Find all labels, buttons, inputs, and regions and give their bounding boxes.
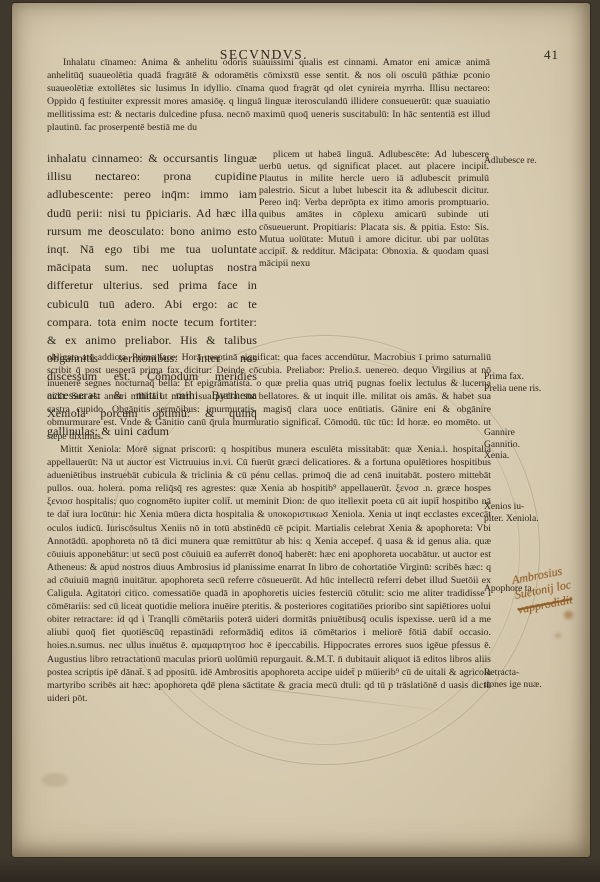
margin-note-adlubescere: Adlubesce re. xyxy=(484,155,542,167)
intro-paragraph: Inhalatu cīnameo: Anima & anhelitu odori… xyxy=(47,57,490,134)
folio-number: 41 xyxy=(544,47,559,63)
commentary-full-width-1: obligata atq̄ addicta. Prima face: Horā … xyxy=(47,351,491,443)
margin-note-gannire: Gannire Gannitio. Xenia. xyxy=(484,427,542,462)
margin-note-retractationes: Retracta- tiones ige nuæ. xyxy=(484,667,542,690)
margin-note-xenios-iupiter: Xenios iu- piter. Xeniola. xyxy=(484,501,542,524)
paper-sheet: SECVNDVS. 41 Inhalatu cīnameo: Anima & a… xyxy=(12,3,590,857)
margin-note-prima-fax: Prima fax. Prelia uene ris. xyxy=(484,371,542,394)
commentary-right-column: plicem ut habeā linguā. Adlubescēte: Ad … xyxy=(259,149,489,270)
ink-stain xyxy=(555,633,561,638)
book-page-scan: SECVNDVS. 41 Inhalatu cīnameo: Anima & a… xyxy=(0,0,600,882)
commentary-full-width-2: Mittit Xeniola: Morē signat priscorū: q … xyxy=(47,443,491,705)
scan-edge-shadow xyxy=(0,858,600,882)
paper-stain xyxy=(42,773,68,787)
ink-stain xyxy=(564,611,573,619)
